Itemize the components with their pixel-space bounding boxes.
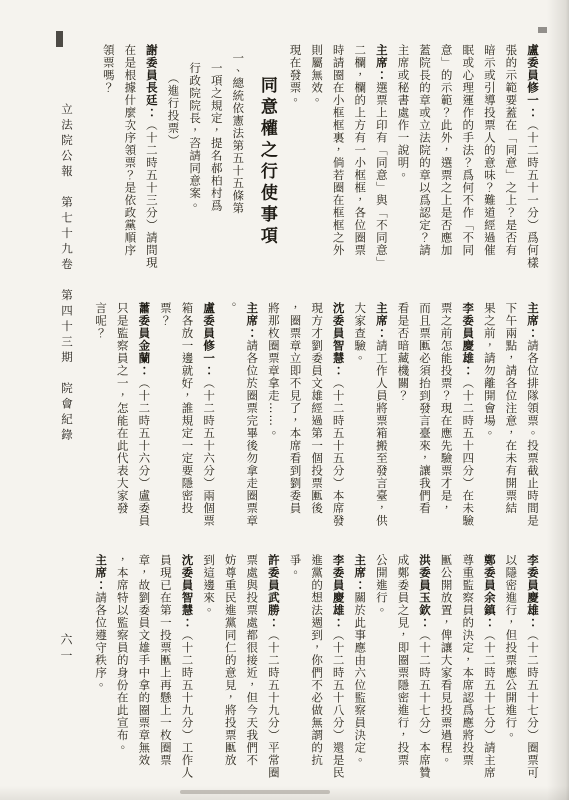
text-column: 現在發票。 [284,44,306,286]
speech-text: 選票上印有「同意」與「不同意」 [375,82,389,270]
text-column: 則屬無效。 [305,44,327,286]
gazette-page: { "page": { "margin_title": "立法院公報 第七十九卷… [0,0,569,800]
speech-column: 李委員慶雄：（十二時五十八分）還是民 [327,554,349,790]
text-column: ，圈票章立即不見了，本席看到劉委員 [284,302,306,540]
speech-column: 鄭委員余鎮：（十二時五十七分）請主席 [478,554,500,790]
text-column: 在是根據什麼次序領票？是依政黨順序 [119,44,141,286]
text-column: 公開進行。 [370,554,392,790]
speech-text: （十二時五十三分）請問現 [145,119,159,269]
text-column: 票？ [154,302,176,540]
speaker-name: 主席： [94,554,108,592]
speech-column: 洪委員玉欽：（十二時五十七分）本席贊 [413,554,435,790]
text-column: 妨尊重民進黨同仁的意見，將投票匭放 [219,554,241,790]
speaker-name: 主席： [245,302,259,340]
speaker-name: 李委員慶雄： [332,554,346,629]
text-column: 意」的示範？此外，選票之上是否應加 [435,44,457,286]
scan-artifact [538,27,547,33]
speech-column: 主席：請各位遵守秩序。 [90,554,112,790]
speaker-name: 李委員慶雄： [526,554,540,629]
speech-column: 盧委員修一：（十二時五十一分）爲何樣 [521,44,543,286]
text-column: 章，故劉委員文雄手中拿的圈票章無效 [133,554,155,790]
speech-text: （十二時五十一分）爲何樣 [526,119,540,269]
speech-column: 盧委員修一：（十二時五十六分）兩個票 [198,302,220,540]
speaker-name: 盧委員修一： [202,302,216,377]
speaker-name: 主席： [375,302,389,340]
text-column: ，本席特以監察員的身份在此宣布。 [111,554,133,790]
page-number: 六一 [58,633,75,665]
text-column: 成鄭委員之見，即圈票隱密進行，投票 [392,554,414,790]
text-column: 。 [219,302,241,540]
speech-column: 主席：請各位於圈票完畢後勿拿走圈票章 [241,302,263,540]
text-band-bottom: 李委員慶雄：（十二時五十七分）圈票可以隱密進行，但投票應公開進行。鄭委員余鎮：（… [89,554,543,790]
text-column: 下午兩點，請各位注意，在未有開票結 [500,302,522,540]
speaker-name: 沈委員智慧： [332,302,346,377]
speech-text: （十二時五十六分）兩個票 [202,377,216,527]
text-column: 箱各放一邊就好，誰規定一定要隱密投 [176,302,198,540]
speech-column: 沈委員智慧：（十二時五十五分）本席發 [327,302,349,540]
text-column: 票處與投票處都很接近，但今天我們不 [241,554,263,790]
text-column: 行政院院長，咨請同意案。 [184,44,206,304]
text-column: 將那枚圈票章拿走……。 [262,302,284,540]
text-column: （進行投票） [162,44,184,314]
text-column: 二欄，欄的上方有一小框框，各位圈票 [349,44,371,286]
speech-column: 主席：關於此事應由六位監察員決定。 [349,554,371,790]
text-column: 領票嗎？ [97,44,119,286]
text-column: 而且票匭必須抬到發言臺來，讓我們看 [413,302,435,540]
publication-title: 立法院公報 第七十九卷 第四十三期 院會紀錄 [59,103,75,475]
text-column: 言呢？ [90,302,112,540]
speech-column: 許委員武勝：（十二時五十九分）平常圈 [262,554,284,790]
text-band-middle: 主席：請各位排隊領票。投票截止時間是下午兩點，請各位注意，在未有開票結果之前，請… [89,302,543,540]
text-column: 張的示範要蓋在「同意」之上？是否有 [500,44,522,286]
text-column: 進黨的想法週到，你們不必做無謂的抗 [305,554,327,790]
text-column: 爭。 [284,554,306,790]
text-column: 只是監察員之一，怎能在此代表大家發 [111,302,133,540]
speech-text: （十二時五十七分）請主席 [483,629,497,779]
speech-text: 請工作人員將票箱搬至發言臺，供 [375,340,389,528]
transcript-area: 盧委員修一：（十二時五十一分）爲何樣張的示範要蓋在「同意」之上？是否有暗示或引導… [89,44,543,790]
speech-text: （十二時五十四分）在未驗 [461,377,475,527]
scan-artifact [180,790,330,794]
speech-column: 李委員慶雄：（十二時五十四分）在未驗 [457,302,479,540]
speaker-name: 洪委員玉欽： [418,554,432,629]
speaker-name: 主席： [375,44,389,82]
speaker-name: 謝委員長廷： [145,44,159,119]
page-edge-shadow [547,0,569,800]
speaker-name: 鄭委員余鎮： [483,554,497,629]
text-column: 時請圈在小框框裏，倘若圈在框框之外 [327,44,349,286]
text-column: 一項之規定，提名郝柏村爲 [205,44,227,304]
speaker-name: 李委員慶雄： [461,302,475,377]
text-column: 暗示或引導投票人的意味？難道經過催 [478,44,500,286]
scan-artifact [56,31,63,47]
text-column: 票之前怎能投票？現在應先驗票才是， [435,302,457,540]
speaker-name: 主席： [526,302,540,340]
speech-text: 請各位排隊領票。投票截止時間是 [526,340,540,528]
speech-text: （十二時五十九分）工作人 [181,629,195,779]
speaker-name: 主席： [353,554,367,592]
speech-column: 主席：選票上印有「同意」與「不同意」 [370,44,392,286]
speech-text: （十二時五十五分）本席發 [332,377,346,527]
speech-text: 關於此事應由六位監察員決定。 [353,592,367,767]
speaker-name: 沈委員智慧： [181,554,195,629]
text-column: 到這邊來。 [198,554,220,790]
speech-column: 蕭委員金蘭：（十二時五十六分）盧委員 [133,302,155,540]
text-column: 以隱密進行，但投票應公開進行。 [500,554,522,790]
text-column: 果之前，請勿離開會場。 [478,302,500,540]
speech-column: 沈委員智慧：（十二時五十九分）工作人 [176,554,198,790]
text-column: 尊重監察員的決定，本席認爲應將投票 [457,554,479,790]
text-column: 現方才劉委員文雄經過第一個投票匭後 [305,302,327,540]
speech-text: （十二時五十七分）本席贊 [418,629,432,779]
speech-column: 李委員慶雄：（十二時五十七分）圈票可 [521,554,543,790]
speech-text: （十二時五十七分）圈票可 [526,629,540,779]
text-column: 一、總統依憲法第五十五條第 [227,44,249,294]
speaker-name: 盧委員修一： [526,44,540,119]
speech-text: （十二時五十六分）盧委員 [137,377,151,527]
text-column: 大家查驗。 [349,302,371,540]
speaker-name: 許委員武勝： [267,554,281,629]
speech-text: 請各位於圈票完畢後勿拿走圈票章 [245,340,259,528]
text-column: 主席或秘書處作一說明。 [392,44,414,286]
speaker-name: 蕭委員金蘭： [137,302,151,377]
speech-text: （十二時五十九分）平常圈 [267,629,281,779]
text-column: 匭公開放置，俾讓大家看見投票過程。 [435,554,457,790]
section-heading: 同意權之行使事項 [255,44,277,318]
speech-text: 請各位遵守秩序。 [94,592,108,692]
text-band-top: 盧委員修一：（十二時五十一分）爲何樣張的示範要蓋在「同意」之上？是否有暗示或引導… [89,44,543,286]
text-column: 看是否暗藏機關？ [392,302,414,540]
text-column: 眠或心理運作的手法？爲何不作「不同 [457,44,479,286]
speech-column: 謝委員長廷：（十二時五十三分）請問現 [140,44,162,286]
text-column: 員現已在第一投票匭上再懸上一枚圈票 [154,554,176,790]
speech-column: 主席：請各位排隊領票。投票截止時間是 [521,302,543,540]
speech-text: （十二時五十八分）還是民 [332,629,346,779]
text-column: 蓋院長的章或立法院的章以爲認定？請 [413,44,435,286]
speech-column: 主席：請工作人員將票箱搬至發言臺，供 [370,302,392,540]
